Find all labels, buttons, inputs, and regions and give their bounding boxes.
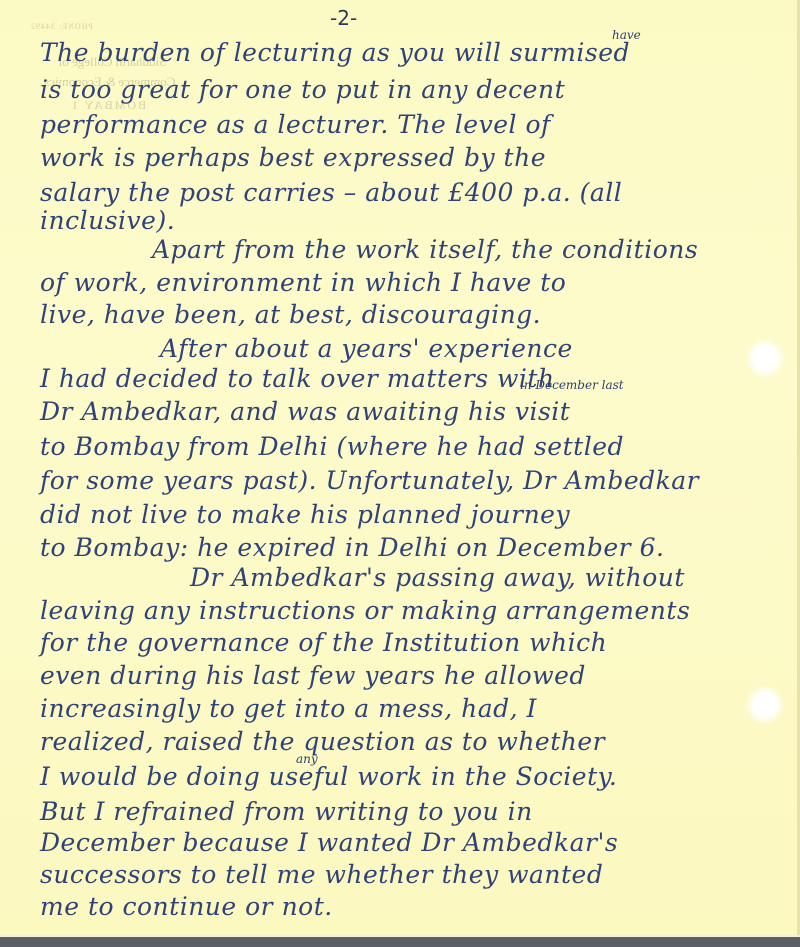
text-line: even during his last few years he allowe…: [40, 661, 586, 690]
text-line: leaving any instructions or making arran…: [40, 596, 690, 625]
letter-page: PHONE: 34492 Siddharth College of Commer…: [0, 0, 800, 935]
insertion-have: have: [612, 28, 641, 42]
text-line: inclusive).: [40, 206, 175, 235]
text-line: is too great for one to put in any decen…: [40, 75, 565, 104]
text-line: for some years past). Unfortunately, Dr …: [40, 466, 699, 495]
text-line: Apart from the work itself, the conditio…: [152, 235, 698, 264]
text-line: performance as a lecturer. The level of: [40, 110, 551, 139]
text-line: Dr Ambedkar's passing away, without: [190, 563, 685, 592]
text-line: But I refrained from writing to you in: [40, 797, 533, 826]
text-line: to Bombay: he expired in Delhi on Decemb…: [40, 533, 664, 562]
text-line: December because I wanted Dr Ambedkar's: [40, 828, 618, 857]
text-line: I would be doing useful work in the Soci…: [40, 762, 617, 791]
text-line: work is perhaps best expressed by the: [40, 143, 546, 172]
insertion-any: any: [296, 752, 318, 766]
punch-hole-upper: [752, 345, 778, 371]
text-line: I had decided to talk over matters with: [40, 364, 555, 393]
text-line: me to continue or not.: [40, 892, 333, 921]
text-line: Dr Ambedkar, and was awaiting his visit: [40, 397, 570, 426]
text-line: After about a years' experience: [160, 334, 573, 363]
scan-bottom-edge: [0, 935, 800, 947]
text-line: salary the post carries – about £400 p.a…: [40, 178, 622, 207]
text-line: increasingly to get into a mess, had, I: [40, 694, 537, 723]
page-number: -2-: [330, 6, 357, 30]
text-line: The burden of lecturing as you will surm…: [40, 38, 630, 67]
text-line: of work, environment in which I have to: [40, 268, 566, 297]
text-line: successors to tell me whether they wante…: [40, 860, 603, 889]
letterhead-phone-showthrough: PHONE: 34492: [30, 22, 93, 31]
text-line: realized, raised the question as to whet…: [40, 727, 605, 756]
punch-hole-lower: [752, 692, 778, 718]
text-line: did not live to make his planned journey: [40, 500, 570, 529]
insertion-in-december-last: in December last: [520, 378, 624, 392]
text-line: to Bombay from Delhi (where he had settl…: [40, 432, 624, 461]
text-line: for the governance of the Institution wh…: [40, 628, 607, 657]
text-line: live, have been, at best, discouraging.: [40, 300, 541, 329]
